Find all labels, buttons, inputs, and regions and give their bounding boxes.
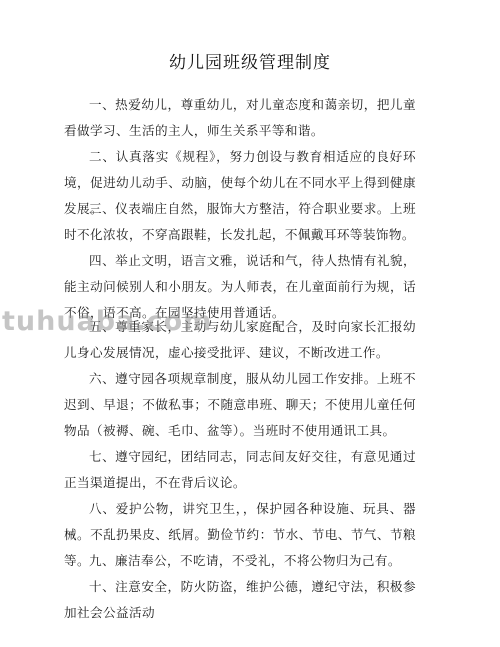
document-title: 幼儿园班级管理制度 <box>0 48 500 73</box>
paragraph-3: 三、仪表端庄自然，服饰大方整洁，符合职业要求。上班时不化浓妆，不穿高跟鞋，长发扎… <box>64 196 416 248</box>
paragraph-9: 九、廉洁奉公，不吃请，不受礼，不将公物归为己有。 <box>64 548 416 574</box>
paragraph-10: 十、注意安全，防火防盗，维护公德，遵纪守法，积极参加社会公益活动 <box>64 574 416 626</box>
document-page: 幼儿园班级管理制度 一、热爱幼儿，尊重幼儿，对儿童态度和蔼亲切，把儿童看做学习、… <box>0 0 500 647</box>
paragraph-1: 一、热爱幼儿，尊重幼儿，对儿童态度和蔼亲切，把儿童看做学习、生活的主人，师生关系… <box>64 92 416 144</box>
watermark: tuhuaba.com <box>2 306 212 337</box>
paragraph-7: 七、遵守园纪，团结同志，同志间友好交往，有意见通过正当渠道提出，不在背后议论。 <box>64 444 416 496</box>
paragraph-6: 六、遵守园各项规章制度，服从幼儿园工作安排。上班不迟到、早退；不做私事；不随意串… <box>64 366 416 444</box>
